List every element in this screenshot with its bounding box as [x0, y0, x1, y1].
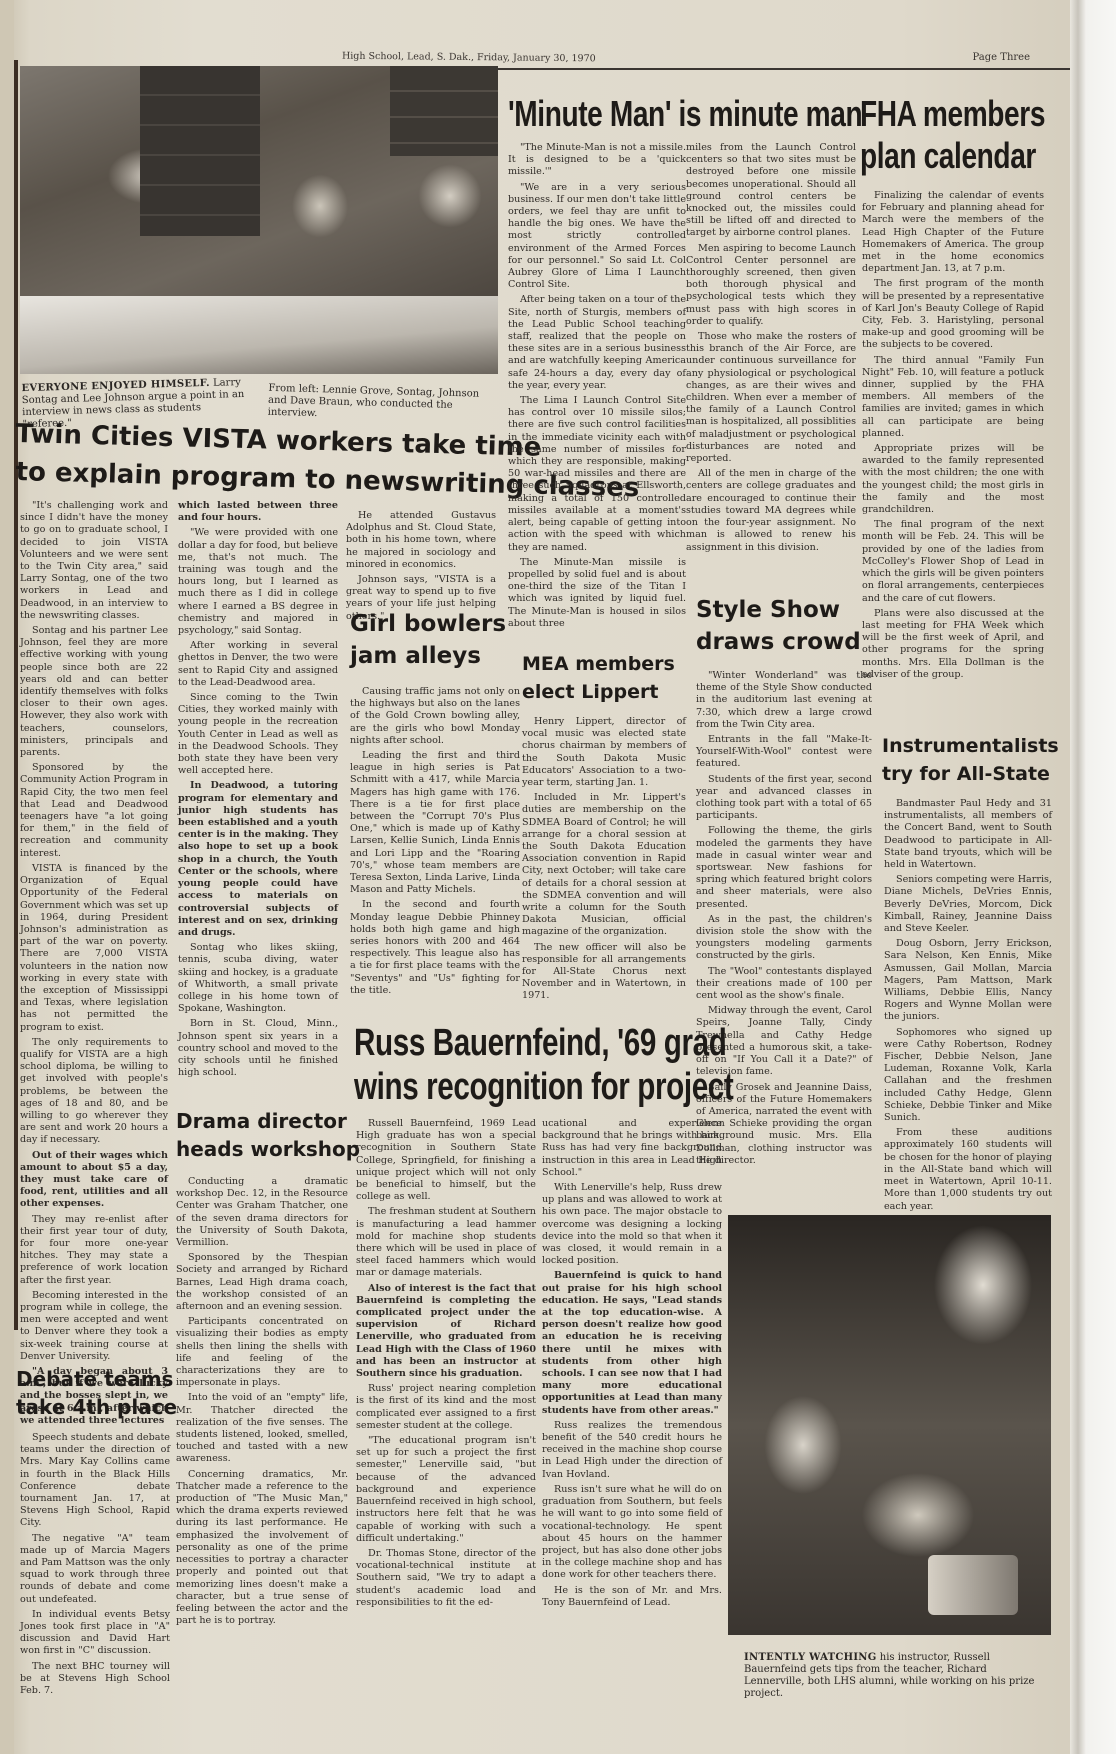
paragraph: Russ' project nearing completion is the … — [356, 1383, 536, 1432]
photo-interview — [20, 66, 498, 374]
paragraph: Plans were also discussed at the last me… — [862, 608, 1044, 681]
headline-mea-1: MEA members — [522, 654, 675, 675]
article-minuteman-col1: "The Minute-Man is not a missile. It is … — [508, 142, 686, 633]
paragraph: The Lima I Launch Control Site has contr… — [508, 395, 686, 554]
caption-lead: INTENTLY WATCHING — [744, 1652, 877, 1663]
headline-fha-2: plan calendar — [860, 136, 1036, 176]
paragraph: Since coming to the Twin Cities, they wo… — [178, 692, 338, 777]
paragraph: Into the void of an "empty" life, Mr. Th… — [176, 1392, 348, 1465]
paragraph: Entrants in the fall "Make-It-Yourself-W… — [696, 734, 872, 771]
paragraph: Bandmaster Paul Hedy and 31 instrumental… — [884, 798, 1052, 871]
paragraph-bold: Bauernfeind is quick to hand out praise … — [542, 1270, 722, 1416]
article-russ-col1: Russell Bauernfeind, 1969 Lead High grad… — [356, 1118, 536, 1612]
paragraph: The "Wool" contestants displayed their c… — [696, 966, 872, 1003]
photo-hammer-mold — [928, 1555, 1018, 1615]
paragraph: Doug Osborn, Jerry Erickson, Sara Nelson… — [884, 938, 1052, 1023]
column-rule-binding — [14, 60, 18, 1330]
paragraph: "We were provided with one dollar a day … — [178, 527, 338, 637]
paragraph: After being taken on a tour of the Site,… — [508, 294, 686, 392]
paragraph: Russ realizes the tremendous benefit of … — [542, 1420, 722, 1481]
paragraph: The third annual "Family Fun Night" Feb.… — [862, 355, 1044, 440]
paragraph: Appropriate prizes will be awarded to th… — [862, 443, 1044, 516]
paragraph: Sponsored by the Community Action Progra… — [20, 762, 168, 860]
paragraph: The next BHC tourney will be at Stevens … — [20, 1661, 170, 1698]
paragraph: "The Minute-Man is not a missile. It is … — [508, 142, 686, 179]
headline-drama-1: Drama director — [176, 1110, 347, 1132]
paragraph: Included in Mr. Lippert's duties are mem… — [522, 792, 686, 938]
photo-caption-right: From left: Lennie Grove, Sontag, Johnson… — [268, 383, 501, 425]
paragraph: Following the theme, the girls modeled t… — [696, 825, 872, 910]
paragraph: Students of the first year, second year … — [696, 774, 872, 823]
article-mea: Henry Lippert, director of vocal music w… — [522, 716, 686, 1006]
photo-machine-shop — [728, 1215, 1051, 1635]
photo-file-cabinet-right — [390, 66, 498, 156]
paragraph: The negative "A" team made up of Marcia … — [20, 1533, 170, 1606]
paragraph: miles from the Launch Control centers so… — [686, 142, 856, 240]
headline-fha-1: FHA members — [860, 94, 1045, 134]
paragraph: The only requirements to qualify for VIS… — [20, 1037, 168, 1147]
paragraph: Causing traffic jams not only on the hig… — [350, 686, 520, 747]
paragraph: Becoming interested in the program while… — [20, 1290, 168, 1363]
paragraph: Sophomores who signed up were Cathy Robe… — [884, 1027, 1052, 1125]
article-vista-col2: which lasted between three and four hour… — [178, 500, 338, 1082]
paragraph: They may re-enlist after their first yea… — [20, 1214, 168, 1287]
paragraph: Those who make the rosters of this branc… — [686, 331, 856, 465]
paragraph: The freshman student at Southern is manu… — [356, 1206, 536, 1279]
article-bowlers: Causing traffic jams not only on the hig… — [350, 686, 520, 1000]
headline-debate-1: Debate teams — [16, 1368, 173, 1390]
headline-instrumentalists-2: try for All-State — [882, 764, 1050, 785]
photo-file-cabinet — [140, 66, 260, 236]
headline-instrumentalists-1: Instrumentalists — [882, 736, 1059, 757]
page-number: Page Three — [973, 52, 1030, 63]
paragraph: The final program of the next month will… — [862, 519, 1044, 604]
paragraph-bold: which lasted between three and four hour… — [178, 500, 338, 524]
paragraph: After working in several ghettos in Denv… — [178, 640, 338, 689]
paragraph: "Winter Wonderland" was the theme of the… — [696, 670, 872, 731]
previous-page-edge — [0, 0, 14, 1754]
paragraph: In individual events Betsy Jones took fi… — [20, 1609, 170, 1658]
article-drama: Conducting a dramatic workshop Dec. 12, … — [176, 1176, 348, 1630]
paragraph: Conducting a dramatic workshop Dec. 12, … — [176, 1176, 348, 1249]
page-edge — [1070, 0, 1116, 1754]
headline-russ-2: wins recognition for project — [354, 1066, 733, 1109]
article-instrumentalists: Bandmaster Paul Hedy and 31 instrumental… — [884, 798, 1052, 1216]
paragraph: Russ isn't sure what he will do on gradu… — [542, 1484, 722, 1582]
paragraph: "It's challenging work and since I didn'… — [20, 500, 168, 622]
paragraph: Speech students and debate teams under t… — [20, 1432, 170, 1530]
paragraph: Sontag who likes skiing, tennis, scuba d… — [178, 942, 338, 1015]
paragraph: With Lenerville's help, Russ drew up pla… — [542, 1182, 722, 1267]
paragraph: "We are in a very serious business. If o… — [508, 182, 686, 292]
paragraph: The Minute-Man missile is propelled by s… — [508, 557, 686, 630]
paragraph: Henry Lippert, director of vocal music w… — [522, 716, 686, 789]
article-minuteman-col2: miles from the Launch Control centers so… — [686, 142, 856, 557]
headline-styleshow-1: Style Show — [696, 598, 840, 624]
article-fha: Finalizing the calendar of events for Fe… — [862, 190, 1044, 684]
article-russ-col2: ucational and experience background that… — [542, 1118, 722, 1612]
paragraph: As in the past, the children's division … — [696, 914, 872, 963]
paragraph: Seniors competing were Harris, Diane Mic… — [884, 874, 1052, 935]
paragraph: The new officer will also be responsible… — [522, 942, 686, 1003]
paragraph: VISTA is financed by the Organization of… — [20, 863, 168, 1034]
paragraph: From these auditions approximately 160 s… — [884, 1127, 1052, 1212]
photo-caption-bottom: INTENTLY WATCHING his instructor, Russel… — [744, 1652, 1044, 1700]
article-debate: Speech students and debate teams under t… — [20, 1432, 170, 1700]
headline-debate-2: take 4th place — [16, 1396, 177, 1418]
paragraph: Russell Bauernfeind, 1969 Lead High grad… — [356, 1118, 536, 1203]
headline-drama-2: heads workshop — [176, 1138, 360, 1160]
paragraph: Sponsored by the Thespian Society and ar… — [176, 1252, 348, 1313]
paragraph: Sontag and his partner Lee Johnson, feel… — [20, 625, 168, 759]
paragraph: Participants concentrated on visualizing… — [176, 1316, 348, 1389]
paragraph: Concerning dramatics, Mr. Thatcher made … — [176, 1469, 348, 1628]
paragraph: Dr. Thomas Stone, director of the vocati… — [356, 1548, 536, 1609]
article-vista-col1: "It's challenging work and since I didn'… — [20, 500, 168, 1430]
headline-russ-1: Russ Bauernfeind, '69 grad — [354, 1022, 726, 1065]
paragraph: "The educational program isn't set up fo… — [356, 1435, 536, 1545]
headline-minuteman: 'Minute Man' is minute man — [508, 94, 862, 134]
paragraph-bold: Out of their wages which amount to about… — [20, 1150, 168, 1211]
paragraph-bold: In Deadwood, a tutoring program for elem… — [178, 780, 338, 939]
paragraph: He attended Gustavus Adolphus and St. Cl… — [346, 510, 496, 571]
headline-styleshow-2: draws crowd — [696, 630, 861, 656]
headline-mea-2: elect Lippert — [522, 682, 658, 703]
masthead-dateline: High School, Lead, S. Dak., Friday, Janu… — [342, 51, 596, 65]
paragraph: Finalizing the calendar of events for Fe… — [862, 190, 1044, 275]
paragraph: Born in St. Cloud, Minn., Johnson spent … — [178, 1018, 338, 1079]
photo-desk — [20, 296, 498, 374]
paragraph: He is the son of Mr. and Mrs. Tony Bauer… — [542, 1585, 722, 1609]
article-vista-col3: He attended Gustavus Adolphus and St. Cl… — [346, 510, 496, 626]
paragraph-bold: Also of interest is the fact that Bauern… — [356, 1283, 536, 1381]
paragraph: All of the men in charge of the centers … — [686, 468, 856, 553]
headline-bowlers-1: Girl bowlers — [350, 612, 506, 638]
paragraph: The first program of the month will be p… — [862, 278, 1044, 351]
paragraph: Leading the first and third league in hi… — [350, 750, 520, 896]
headline-bowlers-2: jam alleys — [350, 644, 481, 670]
paragraph: ucational and experience background that… — [542, 1118, 722, 1179]
paragraph: In the second and fourth Monday league D… — [350, 899, 520, 997]
paragraph: Men aspiring to become Launch Control Ce… — [686, 243, 856, 328]
